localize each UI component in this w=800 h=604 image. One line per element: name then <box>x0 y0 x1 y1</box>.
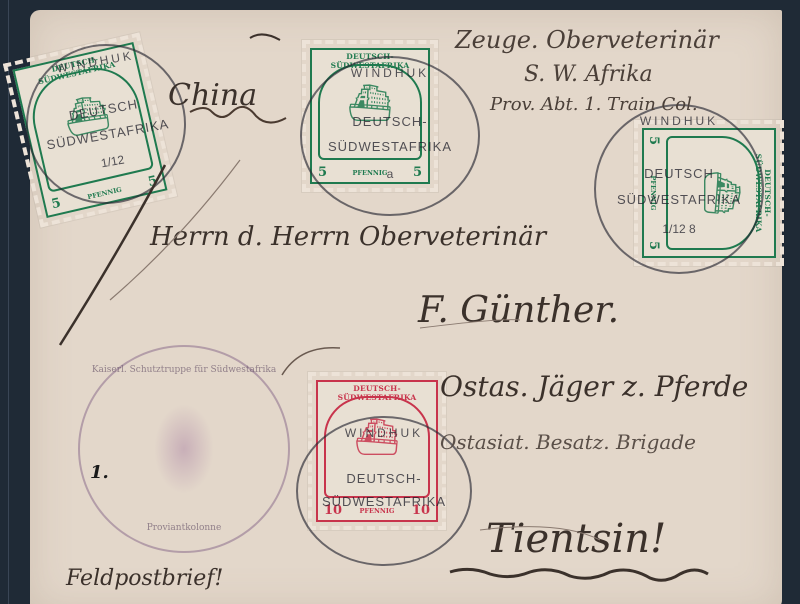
pen-flourishes <box>0 0 800 604</box>
